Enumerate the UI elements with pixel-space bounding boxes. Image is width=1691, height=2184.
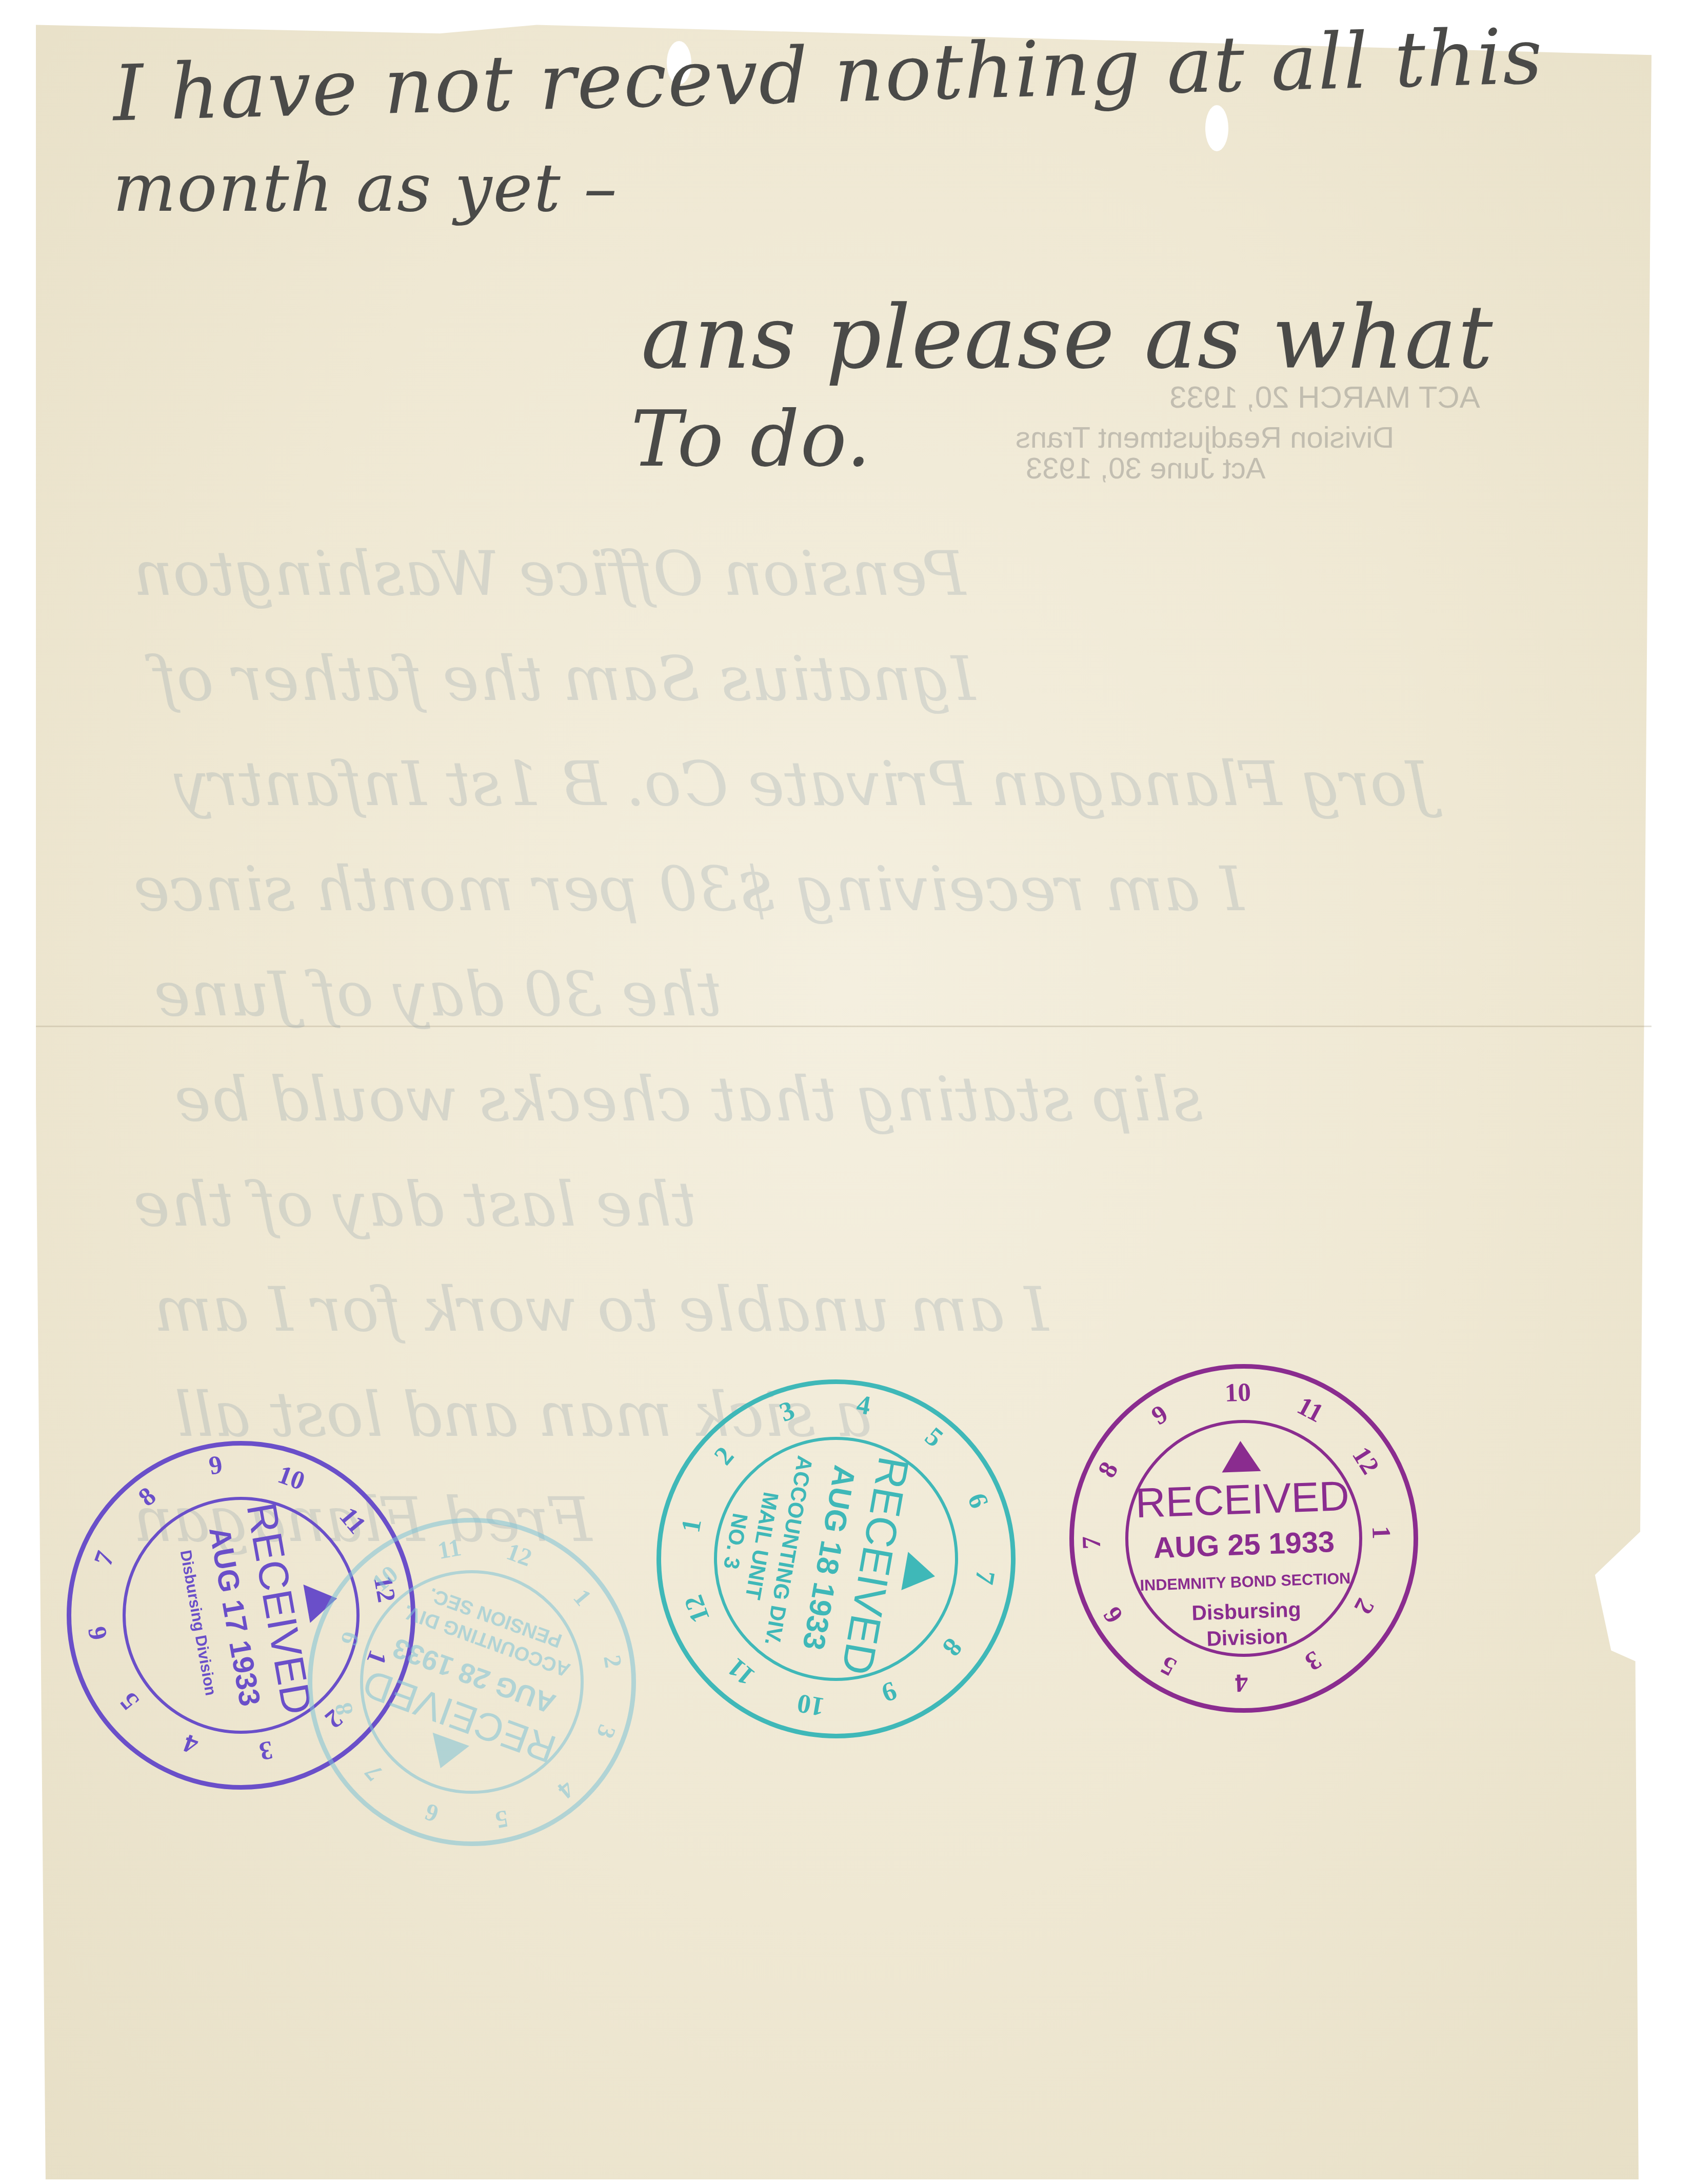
- stamp-dial-number: 8: [133, 1481, 162, 1513]
- stamp-dial-number: 4: [1235, 1668, 1249, 1698]
- bleed-line: Jorg Flanagan Private Co. B 1st Infantry: [174, 749, 1432, 820]
- stamp-dial-number: 5: [1156, 1649, 1181, 1681]
- stamp-dial-number: 1: [675, 1516, 708, 1535]
- received-stamp-aug-18: 789101112123456RECEIVEDAUG 18 1933ACCOUN…: [656, 1379, 1016, 1738]
- received-stamp-aug-25: 101112123456789RECEIVEDAUG 25 1933INDEMN…: [1069, 1364, 1418, 1713]
- stamp-dial-number: 6: [82, 1624, 114, 1642]
- stamp-dial-number: 1: [568, 1584, 598, 1611]
- handwritten-note-line-4: To do.: [631, 395, 872, 484]
- stamp-dial-number: 7: [968, 1568, 1001, 1587]
- stamp-dial-number: 5: [493, 1804, 510, 1834]
- printed-fragment: Division Readjustment Trans: [1016, 420, 1394, 455]
- handwritten-note-line-3: ans please as what: [641, 287, 1494, 389]
- bleed-line: I am unable to work for I am: [154, 1274, 1048, 1346]
- bleed-line: Pension Office Washington: [133, 538, 966, 610]
- stamp-dial-number: 8: [1092, 1457, 1125, 1483]
- stamp-dial-number: 8: [329, 1700, 359, 1717]
- bleed-line: slip stating that checks would be: [174, 1064, 1203, 1135]
- printed-fragment: Act June 30, 1933: [1026, 451, 1266, 486]
- punch-hole: [1205, 105, 1228, 151]
- stamp-arrow-icon: [1221, 1440, 1261, 1472]
- bleed-line: Ignatius Sam the father of: [154, 644, 976, 715]
- stamp-dial-number: 7: [359, 1759, 389, 1787]
- stamp-dial-number: 9: [878, 1675, 901, 1708]
- stamp-dial-number: 7: [88, 1547, 121, 1570]
- stamp-dial-number: 3: [1300, 1645, 1326, 1677]
- bleed-line: the last day of the: [133, 1169, 697, 1240]
- stamp-dial-number: 2: [708, 1441, 740, 1471]
- stamp-dial-number: 12: [503, 1537, 535, 1572]
- bleed-line: I am receiving $30 per month since: [133, 854, 1244, 925]
- received-stamp-aug-28: 678910111212345RECEIVEDAUG 28 1933ACCOUN…: [308, 1518, 636, 1846]
- stamp-dial-number: 8: [936, 1632, 968, 1662]
- stamp-dial-number: 10: [1224, 1378, 1251, 1409]
- stamp-dial-number: 9: [1146, 1399, 1173, 1431]
- stamp-dial-number: 6: [421, 1798, 442, 1829]
- bleed-line: the 30 day of June: [154, 959, 722, 1030]
- handwritten-note-line-2: month as yet –: [113, 149, 618, 227]
- stamp-date: AUG 25 1933: [1069, 1522, 1419, 1568]
- stamp-arrow-icon: [901, 1552, 938, 1595]
- stamp-dial-number: 11: [435, 1533, 463, 1565]
- stamp-line: INDEMNITY BOND SECTION: [1071, 1567, 1420, 1597]
- stamp-dial-number: 5: [114, 1686, 145, 1715]
- stamp-dial-number: 4: [180, 1728, 203, 1760]
- stamp-dial-number: 11: [1292, 1391, 1328, 1429]
- stamp-dial-number: 6: [961, 1489, 994, 1512]
